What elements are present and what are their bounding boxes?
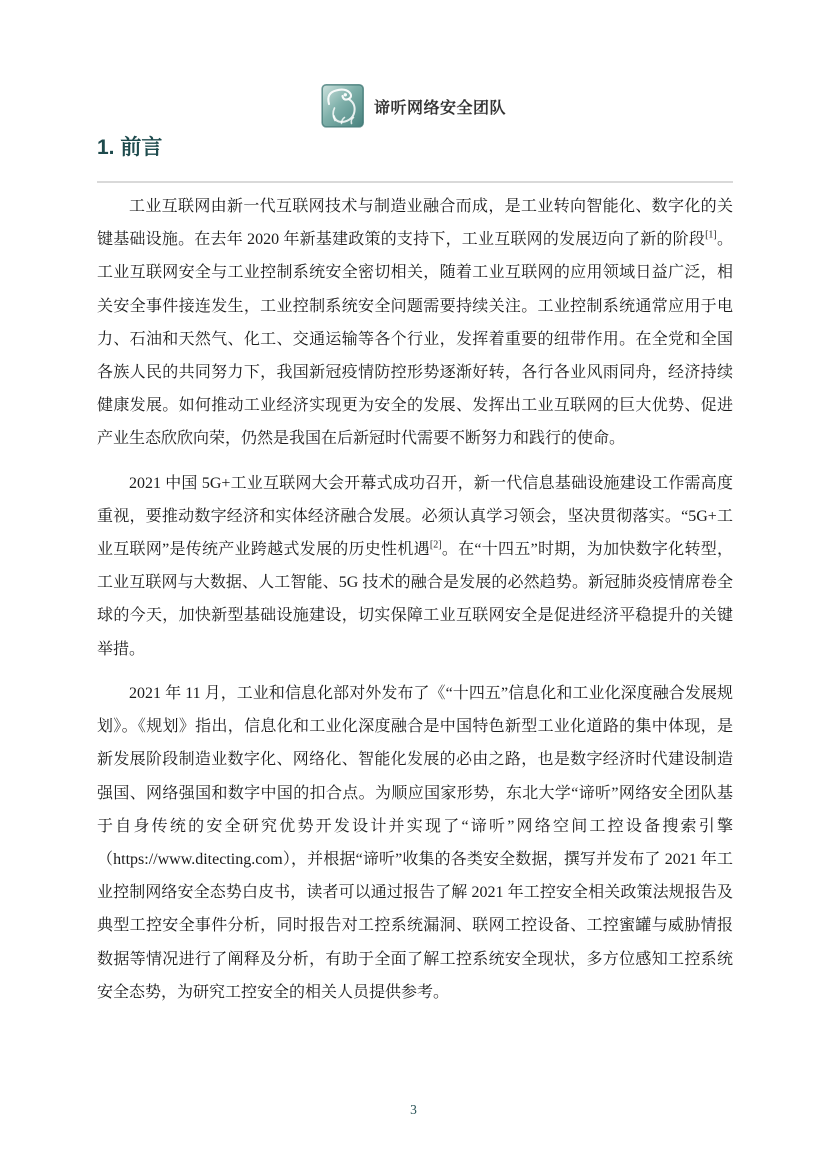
paragraph-2-text-cont: 。在“十四五”时期，为加快数字化转型，工业互联网与大数据、人工智能、5G 技术的… (97, 541, 733, 658)
preface-section: 1. 前言 工业互联网由新一代互联网技术与制造业融合而成，是工业转向智能化、数字… (97, 137, 733, 1009)
heading-divider (97, 181, 733, 183)
team-name: 谛听网络安全团队 (374, 95, 506, 118)
paragraph-1: 工业互联网由新一代互联网技术与制造业融合而成，是工业转向智能化、数字化的关键基础… (97, 190, 733, 456)
diting-seal-logo-icon (321, 83, 365, 129)
ditecting-url: https://www.ditecting.com (113, 851, 283, 868)
paragraph-1-text: 工业互联网由新一代互联网技术与制造业融合而成，是工业转向智能化、数字化的关键基础… (97, 198, 733, 248)
paragraph-3: 2021 年 11 月，工业和信息化部对外发布了《“十四五”信息化和工业化深度融… (97, 677, 733, 1009)
paragraph-3-text: 2021 年 11 月，工业和信息化部对外发布了《“十四五”信息化和工业化深度融… (97, 685, 733, 868)
paragraph-3-text-cont: ），并根据“谛听”收集的各类安全数据，撰写并发布了 2021 年工业控制网络安全… (97, 851, 733, 1001)
page-footer: 3 (0, 1101, 827, 1119)
paragraph-2: 2021 中国 5G+工业互联网大会开幕式成功召开，新一代信息基础设施建设工作需… (97, 467, 733, 666)
body-text: 工业互联网由新一代互联网技术与制造业融合而成，是工业转向智能化、数字化的关键基础… (97, 190, 733, 1009)
citation-ref-2: [2] (430, 540, 442, 551)
page-number: 3 (410, 1102, 417, 1117)
citation-ref-1: [1] (705, 230, 717, 241)
paragraph-1-text-cont: 。工业互联网安全与工业控制系统安全密切相关，随着工业互联网的应用领域日益广泛，相… (97, 231, 733, 447)
section-heading: 1. 前言 (97, 137, 733, 159)
document-header: 谛听网络安全团队 (0, 83, 827, 129)
